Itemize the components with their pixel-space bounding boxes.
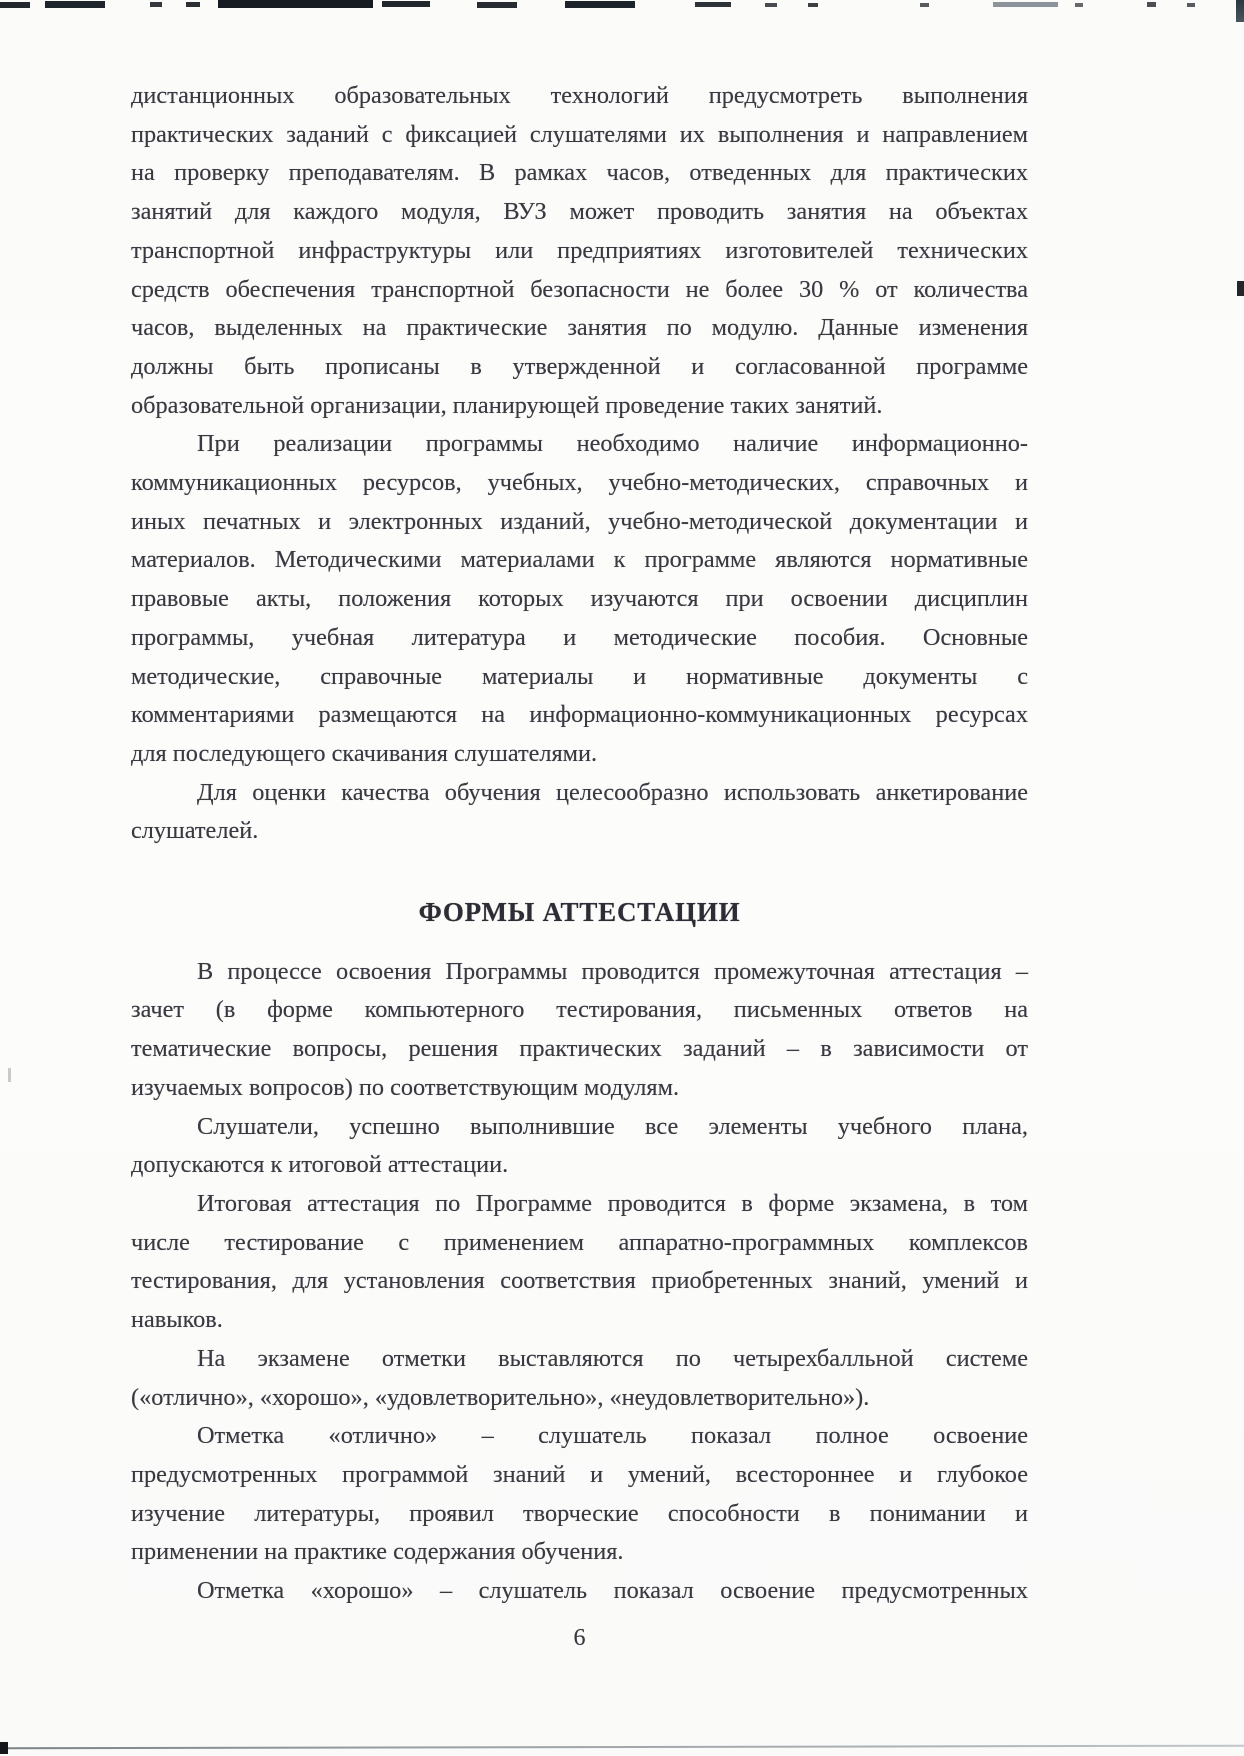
scan-noise-dash bbox=[993, 2, 1058, 7]
text-line: Отметка «отлично» – слушатель показал по… bbox=[131, 1417, 1028, 1456]
text-line: тематические вопросы, решения практическ… bbox=[131, 1030, 1028, 1069]
text-block: дистанционных образовательных технологий… bbox=[131, 77, 1028, 1657]
section-heading: ФОРМЫ АТТЕСТАЦИИ bbox=[131, 893, 1028, 932]
text-line: Слушатели, успешно выполнившие все элеме… bbox=[131, 1108, 1028, 1147]
text-line: Итоговая аттестация по Программе проводи… bbox=[131, 1185, 1028, 1224]
text-line: В процессе освоения Программы проводится… bbox=[131, 953, 1028, 992]
text-line: Отметка «хорошо» – слушатель показал осв… bbox=[131, 1572, 1028, 1611]
page-number: 6 bbox=[131, 1619, 1028, 1658]
scan-noise-dash bbox=[695, 2, 731, 7]
text-line: изучение литературы, проявил творческие … bbox=[131, 1495, 1028, 1534]
scan-noise-dash bbox=[150, 2, 162, 7]
scan-edge-mark-top-right bbox=[1236, 0, 1244, 22]
text-line: На экзамене отметки выставляются по четы… bbox=[131, 1340, 1028, 1379]
paragraph-9: Отметка «хорошо» – слушатель показал осв… bbox=[131, 1572, 1028, 1611]
text-line: навыков. bbox=[131, 1301, 1028, 1340]
text-line: методические, справочные материалы и нор… bbox=[131, 658, 1028, 697]
paragraph-2: При реализации программы необходимо нали… bbox=[131, 425, 1028, 773]
text-line: практических заданий с фиксацией слушате… bbox=[131, 116, 1028, 155]
document-blocks: дистанционных образовательных технологий… bbox=[131, 77, 1028, 1611]
text-line: занятий для каждого модуля, ВУЗ может пр… bbox=[131, 193, 1028, 232]
text-line: коммуникационных ресурсов, учебных, учеб… bbox=[131, 464, 1028, 503]
scan-noise-dash bbox=[765, 3, 777, 7]
scan-bottom-line bbox=[8, 1745, 1244, 1750]
text-line: должны быть прописаны в утвержденной и с… bbox=[131, 348, 1028, 387]
text-line: Для оценки качества обучения целесообраз… bbox=[131, 774, 1028, 813]
scan-noise-dash bbox=[0, 2, 30, 8]
text-line: изучаемых вопросов) по соответствующим м… bbox=[131, 1069, 1028, 1108]
text-line: правовые акты, положения которых изучают… bbox=[131, 580, 1028, 619]
scan-noise-dash bbox=[565, 1, 635, 8]
text-line: предусмотренных программой знаний и умен… bbox=[131, 1456, 1028, 1495]
scan-noise-dash bbox=[45, 1, 105, 8]
scan-noise-dash bbox=[808, 3, 818, 7]
text-line: зачет (в форме компьютерного тестировани… bbox=[131, 991, 1028, 1030]
text-line: тестирования, для установления соответст… bbox=[131, 1262, 1028, 1301]
paragraph-6: Итоговая аттестация по Программе проводи… bbox=[131, 1185, 1028, 1340]
paragraph-5: Слушатели, успешно выполнившие все элеме… bbox=[131, 1108, 1028, 1185]
text-line: для последующего скачивания слушателями. bbox=[131, 735, 1028, 774]
paragraph-3: Для оценки качества обучения целесообраз… bbox=[131, 774, 1028, 851]
text-line: материалов. Методическими материалами к … bbox=[131, 541, 1028, 580]
text-line: средств обеспечения транспортной безопас… bbox=[131, 271, 1028, 310]
text-line: При реализации программы необходимо нали… bbox=[131, 425, 1028, 464]
scan-noise-dash bbox=[218, 0, 373, 8]
paragraph-8: Отметка «отлично» – слушатель показал по… bbox=[131, 1417, 1028, 1572]
scanned-document-page: дистанционных образовательных технологий… bbox=[0, 0, 1244, 1756]
text-line: числе тестирование с применением аппарат… bbox=[131, 1224, 1028, 1263]
scan-noise-dash bbox=[1147, 2, 1156, 7]
text-line: («отлично», «хорошо», «удовлетворительно… bbox=[131, 1379, 1028, 1418]
scan-noise-dash bbox=[186, 2, 200, 7]
text-line: на проверку преподавателям. В рамках час… bbox=[131, 154, 1028, 193]
paragraph-4: В процессе освоения Программы проводится… bbox=[131, 953, 1028, 1108]
text-line: слушателей. bbox=[131, 812, 1028, 851]
text-line: программы, учебная литература и методиче… bbox=[131, 619, 1028, 658]
text-line: образовательной организации, планирующей… bbox=[131, 387, 1028, 426]
scan-noise-dash bbox=[1187, 3, 1195, 7]
text-line: применении на практике содержания обучен… bbox=[131, 1533, 1028, 1572]
text-line: комментариями размещаются на информацион… bbox=[131, 696, 1028, 735]
scan-noise-dash bbox=[382, 1, 430, 7]
scan-noise-dash bbox=[920, 3, 929, 7]
paragraph-1: дистанционных образовательных технологий… bbox=[131, 77, 1028, 425]
scan-noise-dash bbox=[477, 2, 517, 8]
text-line: допускаются к итоговой аттестации. bbox=[131, 1146, 1028, 1185]
text-line: транспортной инфраструктуры или предприя… bbox=[131, 232, 1028, 271]
scan-edge-mark-bottom-left bbox=[0, 1742, 8, 1754]
scan-faint-mark-left bbox=[8, 1068, 11, 1082]
text-line: дистанционных образовательных технологий… bbox=[131, 77, 1028, 116]
scan-noise-dash bbox=[1075, 3, 1083, 7]
text-line: часов, выделенных на практические заняти… bbox=[131, 309, 1028, 348]
paragraph-7: На экзамене отметки выставляются по четы… bbox=[131, 1340, 1028, 1417]
text-line: иных печатных и электронных изданий, уче… bbox=[131, 503, 1028, 542]
scan-edge-mark-right bbox=[1237, 281, 1244, 296]
